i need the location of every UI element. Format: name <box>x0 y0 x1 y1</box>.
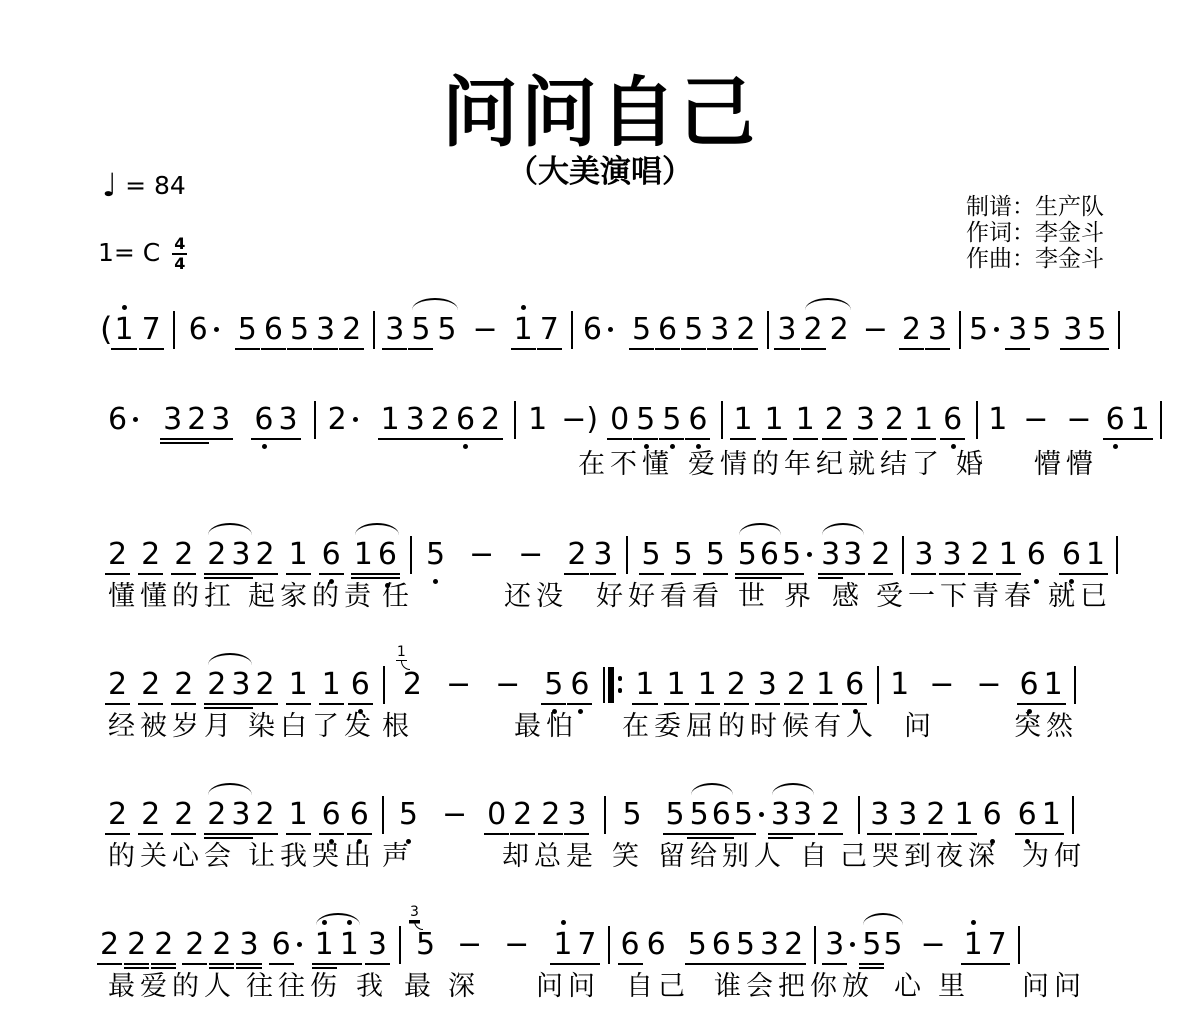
barline <box>383 666 385 704</box>
barline <box>721 401 723 439</box>
note: 3 <box>898 799 917 831</box>
note: 6 <box>351 669 370 701</box>
note: 1 <box>354 539 373 571</box>
note: 5 <box>437 314 456 346</box>
beam-line <box>538 833 563 835</box>
beam-line <box>312 963 337 965</box>
augmentation-dot <box>759 812 764 817</box>
note-digit: 1 <box>381 404 400 436</box>
note-digit: 5 <box>238 314 257 346</box>
beam-line <box>312 967 337 969</box>
beam-line <box>428 438 453 440</box>
beam-line <box>618 963 643 965</box>
note-digit: 3 <box>758 669 777 701</box>
lyrics-line-5: 的关心会让我哭出声却总是笑留给别人自己哭到夜深为何 <box>100 842 1086 872</box>
beam-line <box>842 703 867 705</box>
note-digit: 2 <box>830 314 849 346</box>
note: 3 <box>1063 314 1082 346</box>
note-digit: 2 <box>787 669 806 701</box>
octave-dot-above <box>122 305 127 310</box>
beam-line <box>768 837 793 839</box>
note: 5 <box>688 929 707 961</box>
barline <box>1072 796 1074 834</box>
beam-line <box>781 963 806 965</box>
note-digit: 1 <box>528 404 547 436</box>
beam-line <box>564 833 589 835</box>
note-digit: 3 <box>771 799 790 831</box>
beam-line <box>286 703 311 705</box>
beam-line <box>511 348 536 350</box>
beam-line <box>695 703 720 705</box>
note: 7 <box>540 314 559 346</box>
note-digit: 2 <box>821 799 840 831</box>
beam-line <box>968 573 993 575</box>
lyric-segment: 让我哭出 <box>248 842 376 872</box>
lyric-segment: 自己 <box>626 972 690 1002</box>
beam-line <box>319 833 344 835</box>
note: 3 <box>843 539 862 571</box>
note: 1 <box>765 404 784 436</box>
time-signature-bottom: 4 <box>172 255 187 272</box>
octave-dot-below <box>262 444 267 449</box>
note: 3 <box>231 669 250 701</box>
beam-line <box>235 348 260 350</box>
note-digit: 5 <box>666 799 685 831</box>
note: 2 <box>108 799 127 831</box>
note: 5 <box>544 669 563 701</box>
note-digit: 2 <box>926 799 945 831</box>
note: 3 <box>821 539 840 571</box>
note-digit: 3 <box>870 799 889 831</box>
note-digit: 1 <box>988 404 1007 436</box>
note-digit: 5 <box>1032 314 1051 346</box>
note: 6 <box>264 314 283 346</box>
note-digit: 1 <box>322 669 341 701</box>
beam-line <box>685 438 710 440</box>
note: 6 <box>647 929 666 961</box>
note-digit: 5 <box>636 404 655 436</box>
beam-line <box>564 573 589 575</box>
lyric-segment: 谁会把你放 <box>714 972 874 1002</box>
beam-line <box>961 963 986 965</box>
note: 3 <box>710 314 729 346</box>
note-digit: 5 <box>862 929 881 961</box>
barline <box>1160 401 1162 439</box>
lyric-segment: 问问 <box>536 972 600 1002</box>
note-digit: 6 <box>621 929 640 961</box>
note-digit: 3 <box>567 799 586 831</box>
music-line-6: 222223611353−−176656532355−17 <box>100 927 1020 961</box>
beam-line <box>375 577 400 579</box>
note: 6 <box>688 404 707 436</box>
note-digit: 3 <box>898 799 917 831</box>
note: 5 <box>734 799 753 831</box>
lyric-segment: 里 <box>938 972 970 1002</box>
lyric-segment: 婚 <box>956 450 988 480</box>
note-digit: 3 <box>368 929 387 961</box>
tie-arc <box>863 913 903 925</box>
note: 1 <box>667 669 686 701</box>
note: 1 <box>816 669 835 701</box>
beam-line <box>348 703 373 705</box>
beam-line <box>985 963 1010 965</box>
note: 5 <box>862 929 881 961</box>
tie-arc <box>208 653 252 665</box>
barline <box>173 311 175 349</box>
note-digit: 5 <box>782 539 801 571</box>
beam-line <box>204 703 229 705</box>
note-digit: 3 <box>163 404 182 436</box>
beam-line <box>111 348 136 350</box>
note-digit: 2 <box>154 929 173 961</box>
note: 5 <box>969 314 988 346</box>
repeat-start-sign <box>603 667 623 703</box>
note-digit: 1 <box>796 404 815 436</box>
note: 6 <box>189 314 208 346</box>
note-digit: 2 <box>174 539 193 571</box>
beam-line <box>1083 573 1108 575</box>
note: 2 <box>830 314 849 346</box>
note-digit: 1 <box>914 404 933 436</box>
note: 6 <box>1062 539 1081 571</box>
note: 5 <box>666 799 685 831</box>
beam-line <box>867 833 892 835</box>
lyric-segment: 往往伤 <box>246 972 342 1002</box>
note: 2 <box>825 404 844 436</box>
beam-line <box>510 833 535 835</box>
note-digit: 1 <box>289 539 308 571</box>
note-digit: 5 <box>706 539 725 571</box>
augmentation-dot <box>353 417 358 422</box>
note-digit: 1 <box>1044 669 1063 701</box>
note-digit: 6 <box>1062 539 1081 571</box>
note-digit: 6 <box>264 314 283 346</box>
note-digit: 3 <box>821 539 840 571</box>
beam-line <box>1128 438 1153 440</box>
note-digit: 5 <box>416 929 435 961</box>
note-digit: 1 <box>698 669 717 701</box>
note-digit: 2 <box>141 799 160 831</box>
beam-line <box>911 573 936 575</box>
duration-dash: − <box>473 314 498 346</box>
note-digit: 5 <box>399 799 418 831</box>
repeat-thick-bar <box>608 667 614 703</box>
note: 7 <box>577 929 596 961</box>
note-digit: 5 <box>622 799 641 831</box>
music-line-3: 22223216165−−235555653323321661 <box>100 537 1118 571</box>
note-digit: 2 <box>784 929 803 961</box>
beam-line <box>868 573 893 575</box>
note-digit: 2 <box>513 799 532 831</box>
note: 1 <box>635 669 654 701</box>
barline <box>1018 926 1020 964</box>
note-digit: 1 <box>1042 799 1061 831</box>
note: 2 <box>804 314 823 346</box>
lyric-segment: 的关心会 <box>108 842 236 872</box>
tie-arc <box>822 523 864 535</box>
octave-dot-above <box>521 305 526 310</box>
beam-line <box>779 573 804 575</box>
note: 5 <box>736 929 755 961</box>
note: 1 <box>954 799 973 831</box>
lyric-segment: 为何 <box>1022 842 1086 872</box>
note-digit: 7 <box>142 314 161 346</box>
note-digit: 6 <box>570 669 589 701</box>
note: 2 <box>784 929 803 961</box>
note-digit: 6 <box>322 799 341 831</box>
lyric-segment: 声 <box>382 842 414 872</box>
note-digit: 6 <box>688 404 707 436</box>
beam-line <box>151 967 176 969</box>
beam-line <box>228 703 253 705</box>
beam-line <box>138 703 163 705</box>
note-digit: 6 <box>378 539 397 571</box>
augmentation-dot <box>297 942 302 947</box>
note: 2 <box>255 799 274 831</box>
note-digit: 0 <box>487 799 506 831</box>
beam-line <box>287 348 312 350</box>
note-digit: 2 <box>971 539 990 571</box>
note-digit: 3 <box>825 929 844 961</box>
beam-line <box>382 348 407 350</box>
beam-line <box>840 573 865 575</box>
beam-line <box>97 963 122 965</box>
note-digit: 2 <box>871 539 890 571</box>
note-digit: 5 <box>690 799 709 831</box>
note-digit: 3 <box>231 669 250 701</box>
time-signature: 44 <box>172 236 187 272</box>
note-digit: 5 <box>969 314 988 346</box>
tempo-marking: ♩= 84 <box>102 166 186 204</box>
note-digit: 2 <box>187 404 206 436</box>
duration-dash: − <box>1066 404 1091 436</box>
note-digit: 3 <box>1008 314 1027 346</box>
lyric-segment: 己哭到夜深 <box>840 842 1000 872</box>
note-digit: 2 <box>207 539 226 571</box>
beam-line <box>707 348 732 350</box>
note: 3 <box>758 669 777 701</box>
tie-arc <box>208 523 252 535</box>
note: 6 <box>570 669 589 701</box>
note-digit: 2 <box>127 929 146 961</box>
note: 6 <box>1106 404 1125 436</box>
duration-dash: − <box>929 669 954 701</box>
lyrics-line-2: 在不懂爱情的年纪就结了婚懵懵 <box>100 450 1098 480</box>
note-digit: 6 <box>1106 404 1125 436</box>
note-digit: 7 <box>577 929 596 961</box>
note-digit: 2 <box>541 799 560 831</box>
augmentation-dot <box>133 417 138 422</box>
augmentation-dot <box>850 942 855 947</box>
beam-line <box>252 573 277 575</box>
note: 2 <box>481 404 500 436</box>
note: 1 <box>528 404 547 436</box>
note: 1 <box>964 929 983 961</box>
lyric-segment: 懂懂的扛 <box>108 582 236 612</box>
credit-composer: 作曲：李金斗 <box>966 246 1104 272</box>
tie-arc <box>691 783 733 795</box>
note-digit: 6 <box>712 929 731 961</box>
duration-dash: − <box>863 314 888 346</box>
barline <box>1116 536 1118 574</box>
barline <box>858 796 860 834</box>
beam-line <box>882 438 907 440</box>
beam-line <box>818 577 843 579</box>
note: 3 <box>825 929 844 961</box>
note: 2 <box>926 799 945 831</box>
beam-line <box>940 438 965 440</box>
note-digit: 6 <box>351 669 370 701</box>
beam-line <box>228 573 253 575</box>
beam-line <box>709 963 734 965</box>
open-paren: ( <box>100 312 112 346</box>
beam-line <box>182 963 207 965</box>
note-digit: 2 <box>141 539 160 571</box>
duration-dash: − <box>469 539 494 571</box>
barline <box>814 926 816 964</box>
note-digit: 5 <box>883 929 902 961</box>
lyric-segment: 起家的责 <box>248 582 376 612</box>
note-digit: 0 <box>610 404 629 436</box>
note-digit: 1 <box>553 929 572 961</box>
note: 2 <box>207 799 226 831</box>
tie-arc <box>772 783 814 795</box>
beam-line <box>813 703 838 705</box>
beam-line <box>853 438 878 440</box>
note: 6 <box>712 929 731 961</box>
note-digit: 1 <box>1131 404 1150 436</box>
note-digit: 2 <box>100 929 119 961</box>
tempo-value: = 84 <box>125 171 186 200</box>
note: 2 <box>328 404 347 436</box>
beam-line <box>228 837 253 839</box>
note-digit: 6 <box>272 929 291 961</box>
note-digit: 1 <box>315 929 334 961</box>
note-digit: 3 <box>278 404 297 436</box>
beam-line <box>160 438 185 440</box>
lyric-segment: 世 <box>738 582 770 612</box>
beam-line <box>351 573 376 575</box>
beam-line <box>337 963 362 965</box>
note: 5 <box>411 314 430 346</box>
beam-line <box>925 348 950 350</box>
note: 3 <box>211 404 230 436</box>
note: 5 <box>636 404 655 436</box>
duration-dash: − <box>920 929 945 961</box>
note-digit: 5 <box>736 929 755 961</box>
note-digit: 6 <box>760 539 779 571</box>
note: 2 <box>207 539 226 571</box>
beam-line <box>228 833 253 835</box>
note-digit: 6 <box>647 929 666 961</box>
note: 1 <box>1086 539 1105 571</box>
tie-arc <box>208 783 252 795</box>
beam-line <box>403 438 428 440</box>
note: 2 <box>212 929 231 961</box>
note: 6 <box>712 799 731 831</box>
barline <box>1118 311 1120 349</box>
note: 2 <box>821 799 840 831</box>
note: 2 <box>541 799 560 831</box>
note: 5 <box>662 404 681 436</box>
note: 2 <box>174 669 193 701</box>
beam-line <box>124 963 149 965</box>
note-digit: 3 <box>928 314 947 346</box>
barline <box>382 796 384 834</box>
note: 2 <box>513 799 532 831</box>
note-digit: 1 <box>289 669 308 701</box>
augmentation-dot <box>608 327 613 332</box>
beam-line <box>138 833 163 835</box>
beam-line <box>204 833 229 835</box>
note: 6 <box>1027 539 1046 571</box>
note: 3 <box>316 314 335 346</box>
music-line-4: 22223211621−−56111232161−−61 <box>100 667 1076 701</box>
beam-line <box>208 438 233 440</box>
barline <box>767 311 769 349</box>
lyrics-line-4: 经被岁月染白了发根最怕在委屈的时候有人问突然 <box>100 712 1078 742</box>
note: 1 <box>988 404 1007 436</box>
beam-line <box>1005 348 1030 350</box>
note: 2 <box>187 404 206 436</box>
note-digit: 2 <box>207 669 226 701</box>
music-line-5: 2222321665−0223555653323321661 <box>100 797 1074 831</box>
beam-line <box>541 703 566 705</box>
lyric-segment: 懵懵 <box>1034 450 1098 480</box>
note: 1 <box>1042 799 1061 831</box>
beam-line <box>151 963 176 965</box>
duration-dash: − <box>1023 404 1048 436</box>
lyric-segment: 最怕 <box>514 712 578 742</box>
note: 1 <box>289 799 308 831</box>
sheet-music-page: { "header": { "title": "问问自己", "subtitle… <box>0 0 1200 1018</box>
note-digit: 6 <box>943 404 962 436</box>
beam-line <box>171 833 196 835</box>
note: 6 <box>845 669 864 701</box>
note-digit: 2 <box>108 669 127 701</box>
credit-arranger: 制谱：生产队 <box>966 194 1104 220</box>
lyric-segment: 心 <box>894 972 926 1002</box>
beam-line <box>659 438 684 440</box>
note: 3 <box>760 929 779 961</box>
beam-line <box>607 438 632 440</box>
beam-line <box>762 438 787 440</box>
note: 3 <box>928 314 947 346</box>
beam-line <box>663 833 688 835</box>
note: 3 <box>870 799 889 831</box>
beam-line <box>228 707 253 709</box>
note-digit: 2 <box>736 314 755 346</box>
note: 5 <box>706 539 725 571</box>
lyric-segment: 染白了发 <box>248 712 376 742</box>
note-digit: 5 <box>411 314 430 346</box>
note-digit: 3 <box>760 929 779 961</box>
duration-dash: − <box>504 929 529 961</box>
note: 6 <box>322 539 341 571</box>
note-digit: 2 <box>255 669 274 701</box>
note-digit: 2 <box>174 669 193 701</box>
note-digit: 1 <box>289 799 308 831</box>
note-digit: 1 <box>999 539 1018 571</box>
note-digit: 5 <box>734 799 753 831</box>
note: 1 <box>514 314 533 346</box>
grace-note: 1 <box>396 645 407 661</box>
note-digit: 5 <box>632 314 651 346</box>
beam-line <box>537 348 562 350</box>
lyric-segment: 感 <box>832 582 864 612</box>
lyric-segment: 在委屈的时候有人 <box>622 712 878 742</box>
note-digit: 1 <box>765 404 784 436</box>
